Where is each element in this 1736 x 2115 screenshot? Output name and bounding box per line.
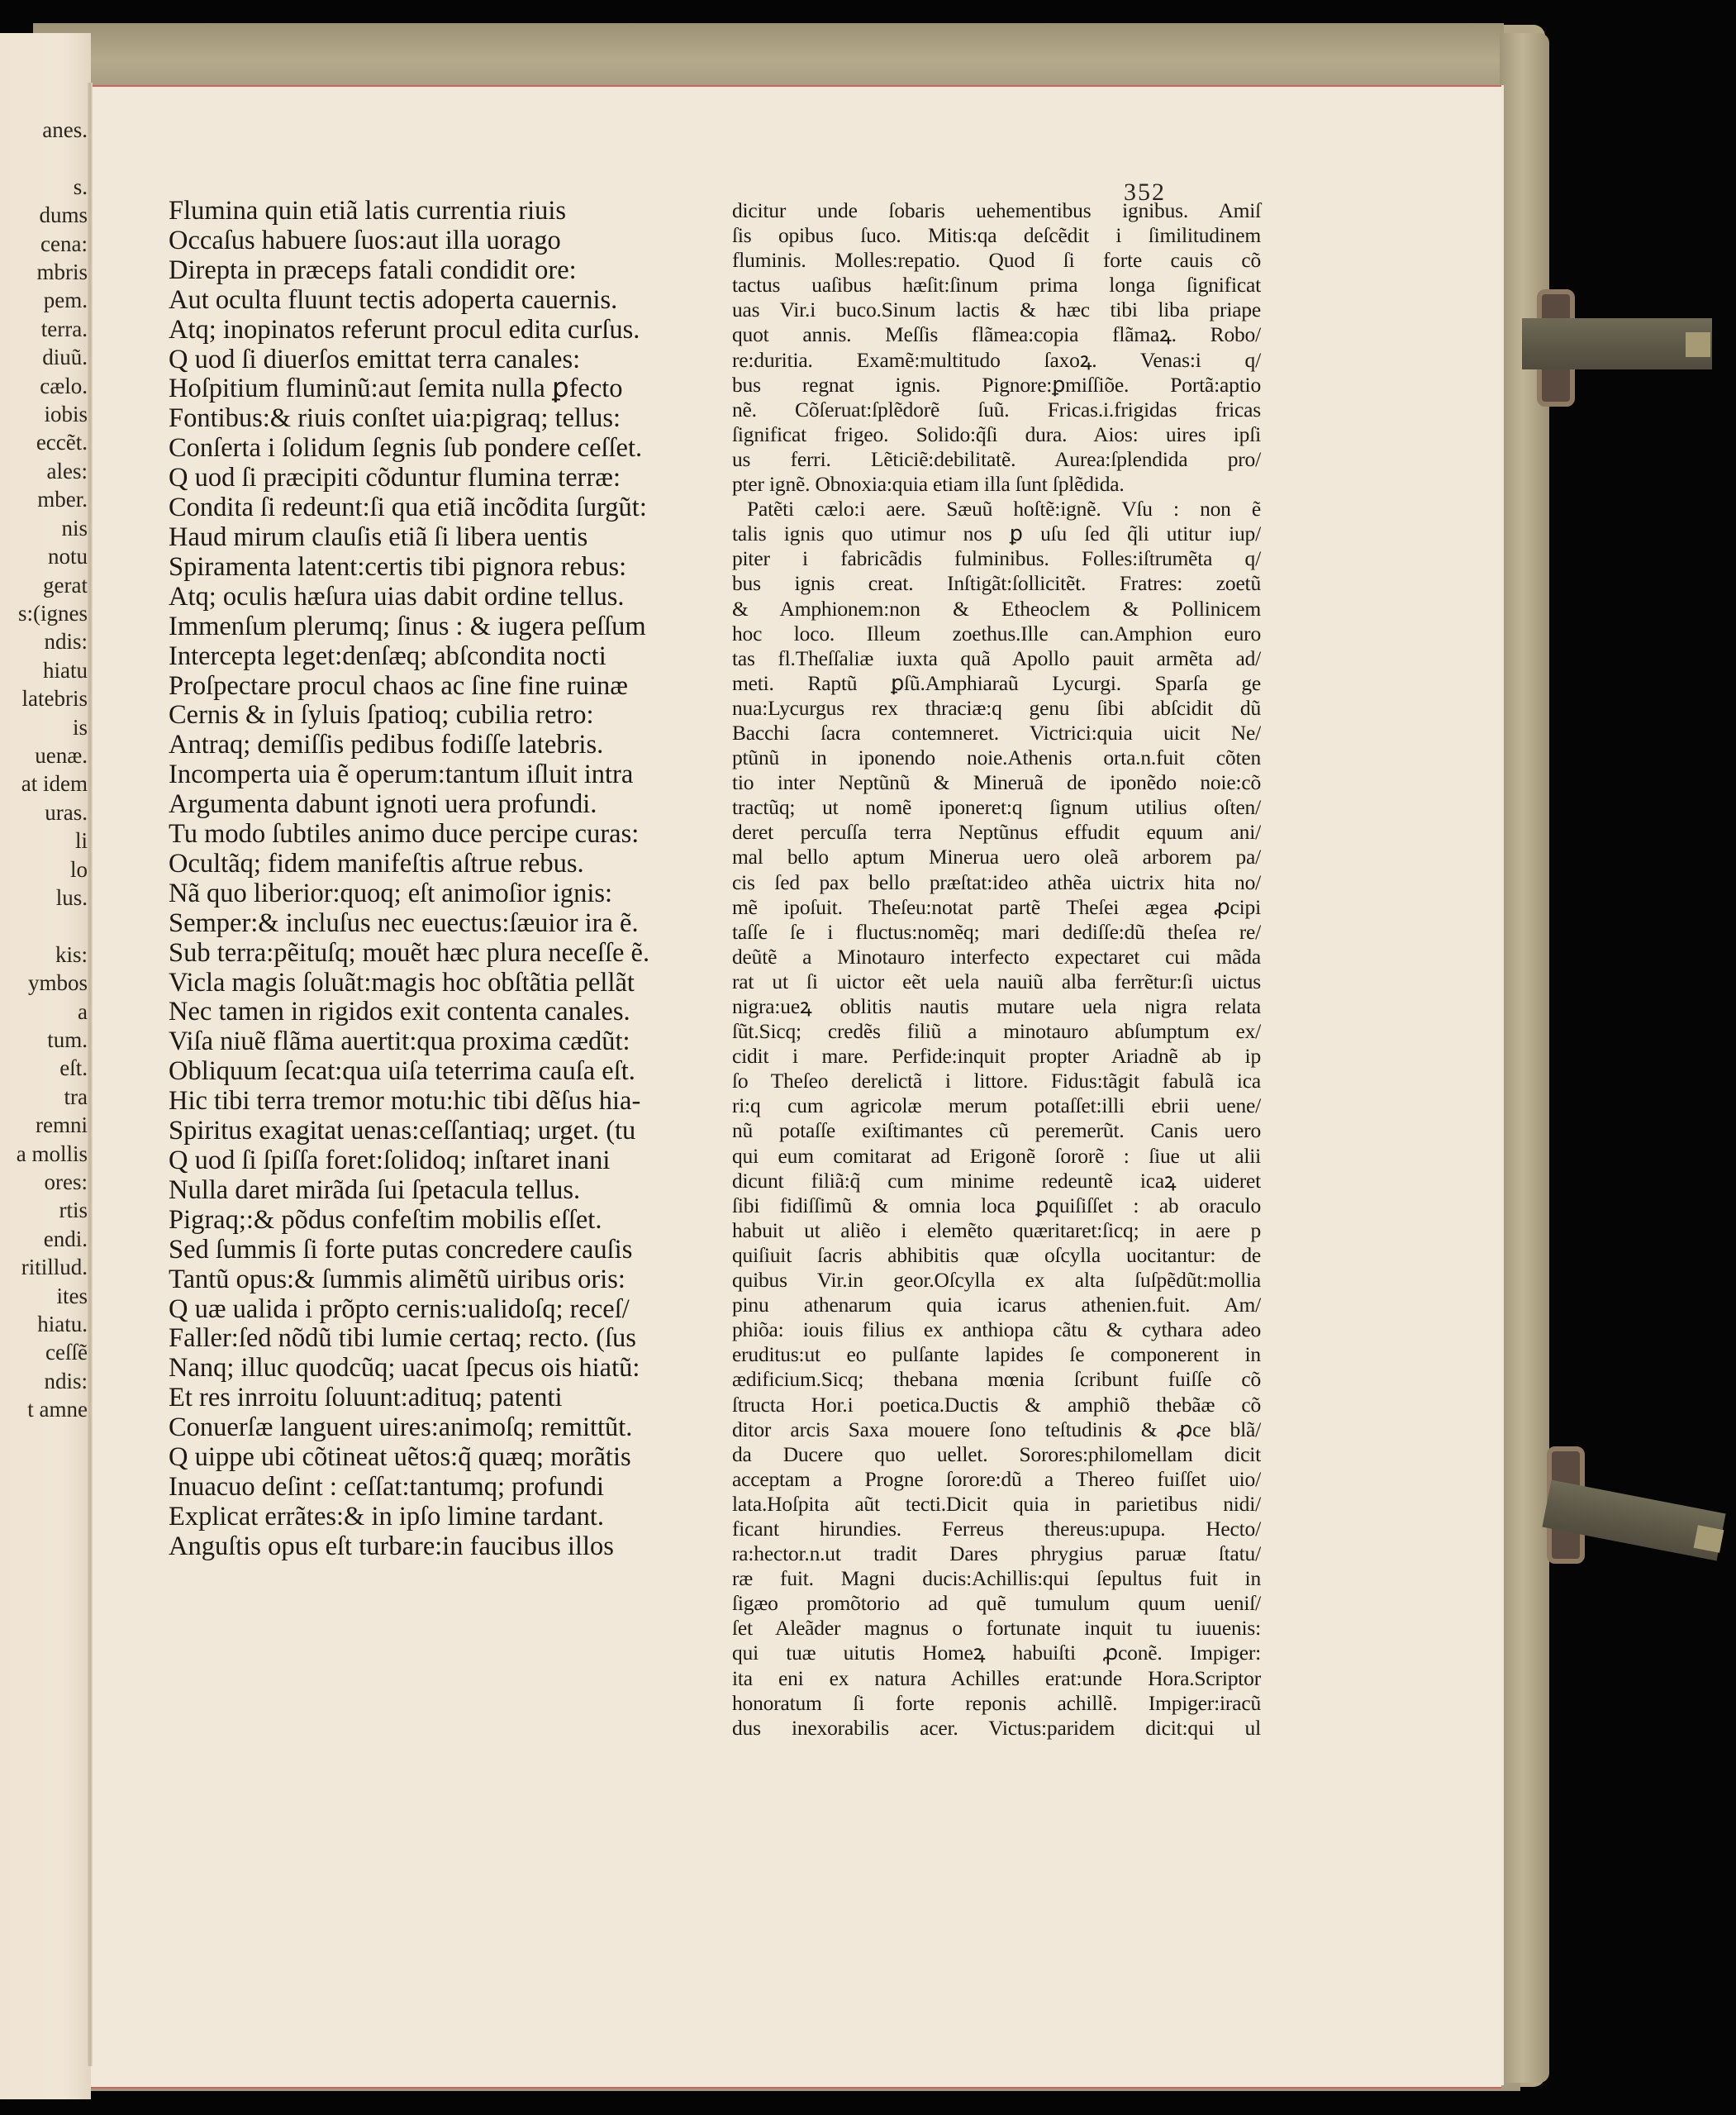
verse-line: Explicat errãtes:& in ipſo limine tardan… [169, 1503, 747, 1532]
commentary-line: ſet Aleãder magnus o fortunate inquit tu… [732, 1616, 1261, 1641]
binding-top-edge [33, 23, 1504, 85]
facing-page-text: anes. s.dumscena:mbrispem.terra.diuũ.cæl… [0, 116, 88, 1424]
facing-line-fragment: cælo. [0, 372, 88, 400]
verse-line: Anguſtis opus eſt turbare:in faucibus il… [169, 1532, 747, 1562]
commentary-line: ſibi fidiſſimũ & omnia loca ꝑquiſiſſet :… [732, 1193, 1261, 1218]
verse-line: Immenſum plerumq; ſinus : & iugera peſſu… [169, 612, 747, 642]
facing-line-fragment: hiatu. [0, 1310, 88, 1338]
commentary-line: fluminis. Molles:repatio. Quod ſi forte … [732, 248, 1261, 273]
verse-line: Haud mirum clauſis etiã ſi libera uentis [169, 523, 747, 553]
commentary-line: nẽ. Cõſeruat:ſplẽdorẽ ſuũ. Fricas.i.frig… [732, 398, 1261, 422]
commentary-line: taſſe ſe i fluctus:nomẽq; mari dediſſe:d… [732, 920, 1261, 945]
commentary-line: deret percuſſa terra Neptũnus effudit eq… [732, 820, 1261, 845]
facing-line-fragment: cena: [0, 230, 88, 258]
commentary-line: talis ignis quo utimur nos ꝑ uſu ſed q̃l… [732, 522, 1261, 546]
gutter [88, 83, 93, 2066]
facing-line-fragment: anes. [0, 116, 88, 144]
verse-line: Intercepta leget:denſæq; abſcondita noct… [169, 642, 747, 672]
facing-line-fragment: a mollis [0, 1140, 88, 1168]
facing-line-fragment: remni [0, 1111, 88, 1139]
facing-line-fragment: a [0, 998, 88, 1026]
facing-line-fragment: lo [0, 855, 88, 884]
facing-line-fragment: ritillud. [0, 1253, 88, 1281]
facing-line-fragment: diuũ. [0, 343, 88, 371]
facing-line-fragment: ores: [0, 1168, 88, 1196]
commentary-line: mẽ ipoſuit. Theſeu:notat partẽ Theſei æg… [732, 895, 1261, 920]
verse-line: Conuerſæ languent uires:animoſq; remittũ… [169, 1413, 747, 1443]
verse-line: Viſa niuẽ flãma auertit:qua proxima cædũ… [169, 1027, 747, 1057]
verse-line: Aut oculta fluunt tectis adoperta cauern… [169, 286, 747, 316]
verse-line: Q uæ ualida i prõpto cernis:ualidoſq; re… [169, 1295, 747, 1325]
commentary-line: pinu athenarum quia icarus athenien.fuit… [732, 1293, 1261, 1317]
verse-line: Semper:& incluſus nec euectus:ſæuior ira… [169, 909, 747, 939]
verse-line: Argumenta dabunt ignoti uera profundi. [169, 790, 747, 820]
commentary-line: ita eni ex natura Achilles erat:unde Hor… [732, 1666, 1261, 1691]
verse-line: Inuacuo deſint : ceſſat:tantumq; profund… [169, 1473, 747, 1503]
commentary-line: ſũt.Sicq; credẽs filiũ a minotauro abſum… [732, 1019, 1261, 1044]
verse-line: Obliquum ſecat:qua uiſa teterrima cauſa … [169, 1057, 747, 1087]
commentary-line: ficant hirundies. Ferreus thereus:upupa.… [732, 1517, 1261, 1541]
commentary-column: dicitur unde ſobaris uehementibus ignibu… [732, 198, 1261, 1741]
commentary-line: bus ignis creat. Inſtigãt:ſollicitẽt. Fr… [732, 571, 1261, 596]
commentary-line: bus regnat ignis. Pignore:ꝑmiſſiõe. Port… [732, 373, 1261, 398]
facing-line-fragment: is [0, 713, 88, 741]
verse-line: Atq; oculis hæſura uias dabit ordine tel… [169, 583, 747, 612]
commentary-line: lata.Hoſpita aũt tecti.Dicit quia in par… [732, 1492, 1261, 1517]
commentary-line: ſis opibus ſuco. Mitis:qa deſcẽdit i ſim… [732, 223, 1261, 248]
verse-line: Nec tamen in rigidos exit contenta canal… [169, 998, 747, 1027]
facing-line-fragment: at idem [0, 769, 88, 798]
verse-line: Ocultãq; fidem manifeſtis aſtrue rebus. [169, 850, 747, 879]
facing-line-fragment: lus. [0, 884, 88, 912]
verse-line: Nanq; illuc quodcũq; uacat ſpecus ois hi… [169, 1354, 747, 1384]
clasp-tip [1694, 1525, 1724, 1553]
commentary-line: acceptam a Progne ſorore:dũ a Thereo fui… [732, 1467, 1261, 1492]
commentary-line: da Ducere quo uellet. Sorores:philomella… [732, 1442, 1261, 1467]
facing-line-fragment: ndis: [0, 1367, 88, 1395]
facing-line-fragment: nis [0, 514, 88, 542]
facing-line-fragment: dums [0, 201, 88, 229]
commentary-line: cidit i mare. Perfide:inquit propter Ari… [732, 1044, 1261, 1069]
verse-line: Nã quo liberior:quoq; eſt animoſior igni… [169, 879, 747, 909]
facing-line-fragment: ymbos [0, 969, 88, 997]
verse-line: Proſpectare procul chaos ac ſine fine ru… [169, 672, 747, 702]
commentary-line: quiſiuit ſacris abhibitis quæ oſcylla uo… [732, 1243, 1261, 1268]
commentary-line: mal bello aptum Minerua uero oleã arbore… [732, 845, 1261, 869]
commentary-line: ra:hector.n.ut tradit Dares phrygius par… [732, 1541, 1261, 1566]
commentary-line: piter i fabricãdis fulminibus. Folles:iſ… [732, 546, 1261, 571]
verse-line: Nulla daret mirãda ſui ſpetacula tellus. [169, 1176, 747, 1206]
commentary-line: ptũnũ in iponendo noie.Athenis orta.n.fu… [732, 745, 1261, 770]
commentary-line: dicunt filiã:q̃ cum minime redeuntẽ icaꝝ… [732, 1169, 1261, 1193]
facing-line-fragment: notu [0, 542, 88, 570]
verse-line: Hoſpitium fluminũ:aut ſemita nulla ꝑfect… [169, 374, 747, 404]
facing-line-fragment: s:(ignes [0, 599, 88, 627]
commentary-line: tactus uaſibus hæſit:ſinum prima longa ſ… [732, 273, 1261, 298]
facing-line-fragment: s. [0, 173, 88, 201]
verse-line: Q uippe ubi cõtineat uẽtos:q̃ quæq; morã… [169, 1443, 747, 1473]
facing-line-fragment: ites [0, 1282, 88, 1310]
verse-line: Direpta in præceps fatali condidit ore: [169, 256, 747, 286]
facing-line-fragment: ndis: [0, 627, 88, 655]
commentary-line: cis ſed pax bello præſtat:ideo athẽa uic… [732, 870, 1261, 895]
commentary-line: phiõa: iouis filius ex anthiopa cãtu & c… [732, 1317, 1261, 1342]
facing-line-fragment: mbris [0, 258, 88, 286]
clasp-strap [1522, 318, 1712, 369]
facing-line-fragment: rtis [0, 1196, 88, 1224]
verse-line: Spiramenta latent:certis tibi pignora re… [169, 553, 747, 583]
commentary-line: nũ potaſſe exiſtimantes cũ peremerũt. Ca… [732, 1118, 1261, 1143]
facing-line-fragment: terra. [0, 315, 88, 343]
verse-line: Incomperta uia ẽ operum:tantum iſluit in… [169, 760, 747, 790]
verse-line: Flumina quin etiã latis currentia riuis [169, 197, 747, 226]
verse-line: Et res inrroitu ſoluunt:adituq; patenti [169, 1384, 747, 1413]
verse-line: Tu modo ſubtiles animo duce percipe cura… [169, 820, 747, 850]
verse-line: Q uod ſi ſpiſſa foret:ſolidoq; inſtaret … [169, 1146, 747, 1176]
verse-line: Hic tibi terra tremor motu:hic tibi dẽſu… [169, 1087, 747, 1117]
facing-line-fragment: gerat [0, 571, 88, 599]
facing-line-fragment: hiatu [0, 656, 88, 684]
facing-line-fragment: uenæ. [0, 741, 88, 769]
facing-line-fragment: pem. [0, 286, 88, 314]
commentary-line: dicitur unde ſobaris uehementibus ignibu… [732, 198, 1261, 223]
commentary-line: qui eum comitarat ad Erigonẽ ſororẽ : ſi… [732, 1144, 1261, 1169]
facing-page-sliver: anes. s.dumscena:mbrispem.terra.diuũ.cæl… [0, 33, 91, 2099]
facing-line-fragment: uras. [0, 798, 88, 826]
commentary-line: quot annis. Meſſis flãmea:copia flãmaꝝ. … [732, 322, 1261, 347]
commentary-line: ſignificat frigeo. Solido:q̃ſi dura. Aio… [732, 422, 1261, 447]
facing-line-fragment: eccẽt. [0, 428, 88, 456]
commentary-line: rat ut ſi uictor eẽt uela nauiũ alba fer… [732, 969, 1261, 994]
facing-line-fragment: tum. [0, 1026, 88, 1054]
commentary-line: ſtructa Hor.i poetica.Ductis & amphiõ th… [732, 1393, 1261, 1417]
commentary-line: ræ fuit. Magni ducis:Achillis:qui ſepult… [732, 1566, 1261, 1591]
commentary-line: uas Vir.i buco.Sinum lactis & hæc tibi l… [732, 298, 1261, 322]
verse-line: Condita ſi redeunt:ſi qua etiã incõdita … [169, 493, 747, 523]
commentary-line: tas fl.Theſſaliæ iuxta quã Apollo pauit … [732, 646, 1261, 671]
commentary-line: dus inexorabilis acer. Victus:paridem di… [732, 1716, 1261, 1741]
facing-line-fragment: tra [0, 1083, 88, 1111]
commentary-line: ri:q cum agricolæ merum potaſſet:illi eb… [732, 1093, 1261, 1118]
facing-line-fragment: li [0, 826, 88, 855]
verse-line: Conſerta i ſolidum ſegnis ſub pondere ce… [169, 434, 747, 464]
verse-line: Cernis & in ſyluis ſpatioq; cubilia retr… [169, 701, 747, 731]
commentary-line: nua:Lycurgus rex thraciæ:q genu ſibi abſ… [732, 696, 1261, 721]
commentary-line: re:duritia. Examẽ:multitudo ſaxoꝝ. Venas… [732, 348, 1261, 373]
commentary-line: tio inter Neptũnũ & Mineruã de iponẽdo n… [732, 770, 1261, 795]
facing-line-fragment [0, 144, 88, 172]
commentary-line: nigra:ueꝝ oblitis nautis mutare uela nig… [732, 994, 1261, 1019]
commentary-line: ditor arcis Saxa mouere ſono teſtudinis … [732, 1417, 1261, 1442]
commentary-line: ædificium.Sicq; thebana mœnia ſcribunt f… [732, 1367, 1261, 1392]
verse-line: Antraq; demiſſis pedibus fodiſſe latebri… [169, 731, 747, 760]
facing-line-fragment: endi. [0, 1225, 88, 1253]
verse-line: Sub terra:pẽituſq; mouẽt hæc plura neceſ… [169, 939, 747, 969]
verse-line: Sed ſummis ſi forte putas concredere cau… [169, 1236, 747, 1265]
facing-line-fragment: ales: [0, 457, 88, 485]
verse-line: Atq; inopinatos referunt procul edita cu… [169, 316, 747, 345]
verse-line: Fontibus:& riuis conſtet uia:pigraq; tel… [169, 404, 747, 434]
facing-line-fragment: latebris [0, 684, 88, 712]
facing-line-fragment: kis: [0, 941, 88, 969]
facing-line-fragment: iobis [0, 400, 88, 428]
commentary-line: tractũq; ut nomẽ iponeret:q ſignum utili… [732, 795, 1261, 820]
commentary-line: quibus Vir.in geor.Oſcylla ex alta ſuſpẽ… [732, 1268, 1261, 1293]
verse-line: Q uod ſi diuerſos emittat terra canales: [169, 345, 747, 375]
commentary-line: meti. Raptũ ꝑſũ.Amphiaraũ Lycurgi. Sparſ… [732, 671, 1261, 696]
commentary-line: pter ignẽ. Obnoxia:quia etiam illa ſunt … [732, 472, 1261, 497]
commentary-line: ſo Theſeo derelictã i littore. Fidus:tãg… [732, 1069, 1261, 1093]
commentary-line: habuit ut aliẽo i elemẽto quæritaret:ſic… [732, 1218, 1261, 1243]
verse-line: Tantũ opus:& ſummis alimẽtũ uiribus oris… [169, 1265, 747, 1295]
verse-line: Q uod ſi præcipiti cõduntur flumina terr… [169, 464, 747, 493]
verse-line: Faller:ſed nõdũ tibi lumie certaq; recto… [169, 1324, 747, 1354]
verse-line: Pigraq;:& põdus confeſtim mobilis eſſet. [169, 1206, 747, 1236]
verse-line: Vicla magis ſoluãt:magis hoc obſtãtia pe… [169, 969, 747, 998]
facing-line-fragment: t amne [0, 1395, 88, 1423]
clasp-tip [1686, 332, 1710, 357]
verse-column: Flumina quin etiã latis currentia riuisO… [169, 197, 747, 1562]
commentary-line: Patẽti cælo:i aere. Sæuũ hoſtẽ:ignẽ. Vſu… [732, 497, 1261, 522]
verse-line: Spiritus exagitat uenas:ceſſantiaq; urge… [169, 1117, 747, 1146]
commentary-line: qui tuæ uitutis Homeꝝ habuiſti ꝓconẽ. Im… [732, 1641, 1261, 1665]
commentary-line: eruditus:ut eo pulſante lapides ſe compo… [732, 1342, 1261, 1367]
commentary-line: ſigæo promõtorio ad quẽ tumulum quum uen… [732, 1591, 1261, 1616]
facing-line-fragment: eſt. [0, 1054, 88, 1082]
commentary-line: Bacchi ſacra contemneret. Victrici:quia … [732, 721, 1261, 745]
facing-line-fragment: ceſſẽ [0, 1338, 88, 1366]
commentary-line: honoratum ſi forte reponis achillẽ. Impi… [732, 1691, 1261, 1716]
facing-line-fragment: mber. [0, 485, 88, 513]
commentary-line: deũtẽ a Minotauro interfecto expectaret … [732, 945, 1261, 969]
commentary-line: hoc loco. Illeum zoethus.Ille can.Amphio… [732, 622, 1261, 646]
verse-line: Occaſus habuere ſuos:aut illa uorago [169, 226, 747, 256]
commentary-line: & Amphionem:non & Etheoclem & Pollinicem [732, 597, 1261, 622]
facing-line-fragment [0, 912, 88, 940]
commentary-line: us ferri. Lẽticiẽ:debilitatẽ. Aurea:ſple… [732, 447, 1261, 472]
